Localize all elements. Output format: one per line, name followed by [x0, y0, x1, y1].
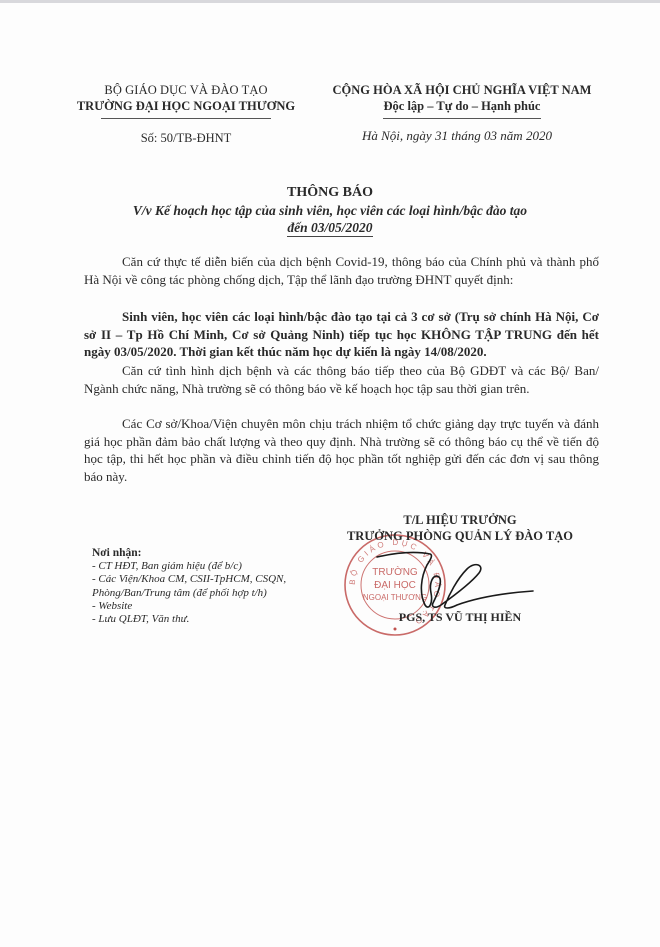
document-number: Số: 50/TB-ĐHNT: [60, 131, 312, 146]
body-paragraph-decision: Sinh viên, học viên các loại hình/bậc đà…: [84, 308, 599, 361]
national-motto: Độc lập – Tự do – Hạnh phúc: [312, 99, 612, 114]
ministry-name: BỘ GIÁO DỤC VÀ ĐÀO TẠO: [60, 83, 312, 98]
handwritten-signature-icon: [375, 545, 535, 615]
place-date: Hà Nội, ngày 31 tháng 03 năm 2020: [362, 128, 552, 144]
signer-on-behalf: T/L HIỆU TRƯỞNG: [310, 513, 610, 528]
recipient-item: Phòng/Ban/Trung tâm (để phối hợp t/h): [92, 587, 286, 600]
scan-top-edge: [0, 0, 660, 3]
signer-position: TRƯỞNG PHÒNG QUẢN LÝ ĐÀO TẠO: [310, 529, 610, 544]
recipient-item: - Các Viện/Khoa CM, CSII-TpHCM, CSQN,: [92, 573, 286, 586]
motto-underline: [383, 118, 541, 119]
issuer-underline: [101, 118, 271, 119]
school-name: TRƯỜNG ĐẠI HỌC NGOẠI THƯƠNG: [60, 99, 312, 114]
body-paragraph-1: Căn cứ thực tế diễn biến của dịch bệnh C…: [84, 253, 599, 288]
body-paragraph-3: Căn cứ tình hình dịch bệnh và các thông …: [84, 362, 599, 397]
issuer-block: BỘ GIÁO DỤC VÀ ĐÀO TẠO TRƯỜNG ĐẠI HỌC NG…: [60, 83, 312, 146]
recipient-item: - Website: [92, 600, 286, 613]
subject-date: đến 03/05/2020: [287, 220, 372, 237]
document-heading: THÔNG BÁO: [0, 185, 660, 201]
recipients-label: Nơi nhận:: [92, 547, 286, 560]
country-name: CỘNG HÒA XÃ HỘI CHỦ NGHĨA VIỆT NAM: [312, 83, 612, 98]
recipient-item: - Lưu QLĐT, Văn thư.: [92, 613, 286, 626]
recipient-item: - CT HĐT, Ban giám hiệu (để b/c): [92, 560, 286, 573]
national-block: CỘNG HÒA XÃ HỘI CHỦ NGHĨA VIỆT NAM Độc l…: [312, 83, 612, 119]
subject-line-1: V/v Kế hoạch học tập của sinh viên, học …: [0, 203, 660, 219]
body-paragraph-4: Các Cơ sở/Khoa/Viện chuyên môn chịu trác…: [84, 415, 599, 485]
subject-line-2: đến 03/05/2020: [0, 220, 660, 236]
signature-block: T/L HIỆU TRƯỞNG TRƯỞNG PHÒNG QUẢN LÝ ĐÀO…: [310, 513, 610, 544]
recipients-block: Nơi nhận: - CT HĐT, Ban giám hiệu (để b/…: [92, 547, 286, 626]
